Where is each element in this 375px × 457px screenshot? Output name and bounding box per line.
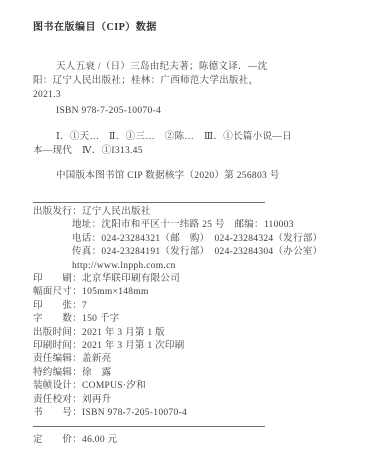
price-row: 定 价：46.00 元	[33, 433, 347, 447]
cip-classification: Ⅰ．①天… Ⅱ．①三… ②陈… Ⅲ．①长篇小说—日 本—现代 Ⅳ．①I313.4…	[33, 130, 347, 158]
row-label: 责任校对：	[33, 395, 82, 405]
cip-description-line-1: 天人五衰 /（日）三岛由纪夫著；陈德文译．—沈	[33, 60, 347, 74]
row-value: 徐 露	[82, 368, 111, 378]
row-label: 印刷时间：	[33, 341, 82, 351]
row-label: 装帧设计：	[33, 381, 82, 391]
row-value: 刘再升	[82, 395, 111, 405]
colophon-row-word-count: 字 数：150 千字	[33, 313, 347, 326]
row-value: 盖新亮	[82, 354, 111, 364]
row-label: 电话：	[72, 234, 101, 244]
colophon-row-printing-date: 印刷时间：2021 年 3 月第 1 次印刷	[33, 340, 347, 353]
colophon-row-printer: 印 刷：北京华联印刷有限公司	[33, 273, 347, 286]
colophon-row-publication-date: 出版时间：2021 年 3 月第 1 版	[33, 327, 347, 340]
row-label: 特约编辑：	[33, 368, 82, 378]
colophon-row-phone: 电话：024-23284321（邮 购） 024-23284324（发行部）	[33, 233, 347, 246]
cip-description-line-3: 2021.3	[33, 88, 347, 102]
colophon-row-proofreader: 责任校对：刘再升	[33, 394, 347, 407]
row-value: 2021 年 3 月第 1 次印刷	[82, 341, 184, 351]
cip-classification-line-2: 本—现代 Ⅳ．①I313.45	[33, 144, 347, 158]
row-label: 书 号：	[33, 408, 82, 418]
row-label: 出版时间：	[33, 328, 82, 338]
colophon-row-fax: 传真：024-23284191（发行部） 024-23284304（办公室）	[33, 246, 347, 259]
cip-description-line-2: 阳：辽宁人民出版社；桂林：广西师范大学出版社，	[33, 74, 347, 88]
row-value: 北京华联印刷有限公司	[82, 274, 180, 284]
row-value: 辽宁人民出版社	[82, 207, 151, 217]
row-value: COMPUS·汐和	[82, 381, 146, 391]
row-value: 7	[82, 301, 87, 311]
row-value: 150 千字	[82, 314, 119, 324]
colophon-row-design: 装帧设计：COMPUS·汐和	[33, 380, 347, 393]
divider-rule-bottom	[33, 426, 265, 427]
cip-classification-line-1: Ⅰ．①天… Ⅱ．①三… ②陈… Ⅲ．①长篇小说—日	[33, 130, 347, 144]
row-value: 024-23284191（发行部） 024-23284304（办公室）	[101, 247, 322, 257]
row-label: 字 数：	[33, 314, 82, 324]
price-label: 定 价：	[33, 435, 82, 445]
cip-header: 图书在版编目（CIP）数据	[33, 22, 347, 34]
row-label: 出版发行：	[33, 207, 82, 217]
website-url: http://www.lnpph.com.cn	[72, 261, 176, 271]
copyright-page: 图书在版编目（CIP）数据 天人五衰 /（日）三岛由纪夫著；陈德文译．—沈 阳：…	[0, 0, 375, 457]
colophon-row-book-number: 书 号：ISBN 978-7-205-10070-4	[33, 407, 347, 420]
row-value: 024-23284321（邮 购） 024-23284324（发行部）	[101, 234, 322, 244]
colophon-row-website: http://www.lnpph.com.cn	[33, 260, 347, 273]
row-label: 幅面尺寸：	[33, 287, 82, 297]
colophon-row-sheets: 印 张：7	[33, 300, 347, 313]
colophon-row-editor: 责任编辑：盖新亮	[33, 353, 347, 366]
row-value: 沈阳市和平区十一纬路 25 号 邮编：110003	[101, 220, 293, 230]
row-label: 传真：	[72, 247, 101, 257]
row-label: 印 张：	[33, 301, 82, 311]
row-label: 地址：	[72, 220, 101, 230]
isbn-line: ISBN 978-7-205-10070-4	[33, 104, 347, 118]
row-value: 2021 年 3 月第 1 版	[82, 328, 165, 338]
row-value: ISBN 978-7-205-10070-4	[82, 408, 187, 418]
colophon-row-contributing-editor: 特约编辑：徐 露	[33, 367, 347, 380]
colophon-row-publisher: 出版发行：辽宁人民出版社	[33, 206, 347, 219]
price-value: 46.00 元	[82, 435, 117, 445]
row-label: 印 刷：	[33, 274, 82, 284]
colophon-row-address: 地址：沈阳市和平区十一纬路 25 号 邮编：110003	[33, 219, 347, 232]
cip-record-number: 中国版本图书馆 CIP 数据核字（2020）第 256803 号	[33, 169, 347, 183]
colophon-row-dimensions: 幅面尺寸：105mm×148mm	[33, 286, 347, 299]
colophon-info-list: 出版发行：辽宁人民出版社 地址：沈阳市和平区十一纬路 25 号 邮编：11000…	[33, 206, 347, 421]
row-value: 105mm×148mm	[82, 287, 149, 297]
row-label: 责任编辑：	[33, 354, 82, 364]
divider-rule-top	[33, 202, 265, 203]
cip-description: 天人五衰 /（日）三岛由纪夫著；陈德文译．—沈 阳：辽宁人民出版社；桂林：广西师…	[33, 60, 347, 102]
